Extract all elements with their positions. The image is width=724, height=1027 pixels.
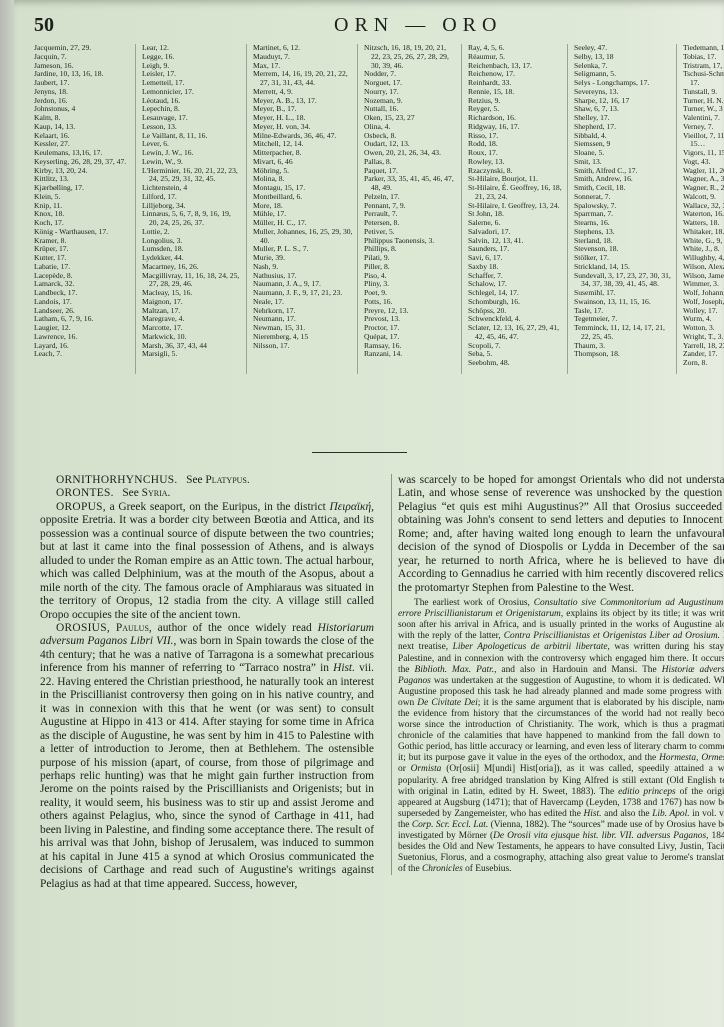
index-entry: L'Herminier, 16, 20, 21, 22, 23, 24, 25,… bbox=[142, 167, 242, 185]
headword: OROPUS, bbox=[56, 501, 106, 513]
index-entry: Sundevall, 3, 17, 23, 27, 30, 31, 34, 37… bbox=[574, 272, 672, 290]
index-entry: Parker, 33, 35, 41, 45, 46, 47, 48, 49. bbox=[364, 175, 457, 193]
index-column: Seeley, 47.Selby, 13, 18Selenka, 7.Selig… bbox=[567, 44, 676, 374]
index-entry: Marsigli, 5. bbox=[142, 350, 242, 359]
headword: ORNITHORHYNCHUS. bbox=[56, 474, 178, 486]
index-entry: Ranzani, 14. bbox=[364, 350, 457, 359]
index-column: Nitzsch, 16, 18, 19, 20, 21, 22, 23, 25,… bbox=[357, 44, 461, 374]
headword-forename: Paulus bbox=[116, 622, 149, 634]
index-column: Martinet, 6, 12.Mauduyt, 7.Max, 17.Merre… bbox=[246, 44, 357, 374]
index-entry: Merrem, 14, 16, 19, 20, 21, 22, 27, 31, … bbox=[253, 70, 353, 88]
section-divider bbox=[312, 452, 407, 453]
index-entry: Leach, 7. bbox=[34, 350, 131, 359]
index-entry: Tschusi-Schmidhoffen, 17. bbox=[683, 70, 724, 88]
index-column: Lear, 12.Legge, 16.Leigh, 9.Leisler, 17.… bbox=[135, 44, 246, 374]
running-head: ORN — ORO bbox=[334, 14, 502, 37]
article-orosius: OROSIUS, Paulus, author of the once wide… bbox=[40, 622, 374, 891]
index-entry: St-Hilaire, É. Geoffrey, 16, 18, 21, 23,… bbox=[468, 184, 563, 202]
index-entry: Macgillivray, 11, 16, 18, 24, 25, 27, 28… bbox=[142, 272, 242, 290]
article-orontes: ORONTES. See Syria. bbox=[40, 487, 374, 500]
index-entry: Muller, Johannes, 16, 25, 29, 30, 40. bbox=[253, 228, 353, 246]
page-header: 50 ORN — ORO bbox=[34, 14, 724, 44]
encyclopedia-page: 50 ORN — ORO Jacquemin, 27, 29.Jacquin, … bbox=[14, 0, 724, 1027]
cross-reference-link[interactable]: Syria. bbox=[142, 487, 171, 499]
headword: ORONTES. bbox=[56, 487, 114, 499]
headword: OROSIUS, bbox=[56, 622, 110, 634]
index-entry: Thompson, 18. bbox=[574, 350, 672, 359]
article-orosius-works: The earliest work of Orosius, Consultati… bbox=[398, 598, 724, 875]
index-entry: Nilsson, 17. bbox=[253, 342, 353, 351]
text-column-left: ORNITHORHYNCHUS. See Platypus. ORONTES. … bbox=[40, 474, 374, 891]
index-entry: Seebohm, 48. bbox=[468, 359, 563, 368]
index-entry: Temminck, 11, 12, 14, 17, 21, 22, 25, 45… bbox=[574, 324, 672, 342]
index-column: Jacquemin, 27, 29.Jacquin, 7.Jameson, 16… bbox=[34, 44, 135, 374]
index-entry: Sclater, 12, 13, 16, 27, 29, 41, 42, 45,… bbox=[468, 324, 563, 342]
cross-reference-link[interactable]: Platypus. bbox=[205, 474, 249, 486]
ornithology-author-index: Jacquemin, 27, 29.Jacquin, 7.Jameson, 16… bbox=[34, 44, 724, 374]
index-column: Ray, 4, 5, 6.Réaumur, 5.Reichenbach, 13,… bbox=[461, 44, 567, 374]
index-entry: Linnæus, 5, 6, 7, 8, 9, 16, 19, 20, 24, … bbox=[142, 210, 242, 228]
article-oropus: OROPUS, a Greek seaport, on the Euripus,… bbox=[40, 501, 374, 622]
page-left-edge bbox=[0, 0, 14, 1027]
page-number: 50 bbox=[34, 14, 54, 37]
text-column-right: was scarcely to be hoped for amongst Ori… bbox=[391, 474, 724, 875]
article-ornithorhynchus: ORNITHORHYNCHUS. See Platypus. bbox=[40, 474, 374, 487]
article-orosius-continued: was scarcely to be hoped for amongst Ori… bbox=[398, 474, 724, 595]
greek-term: Πειραϊκή bbox=[330, 501, 372, 513]
index-entry: Nitzsch, 16, 18, 19, 20, 21, 22, 23, 25,… bbox=[364, 44, 457, 70]
index-column: Tiedemann, 13, 4…Tobias, 17.Tristram, 17… bbox=[676, 44, 724, 374]
index-entry: Zorn, 8. bbox=[683, 359, 724, 368]
index-entry: Vieillot, 7, 11, 13, 14, 15… bbox=[683, 132, 724, 150]
